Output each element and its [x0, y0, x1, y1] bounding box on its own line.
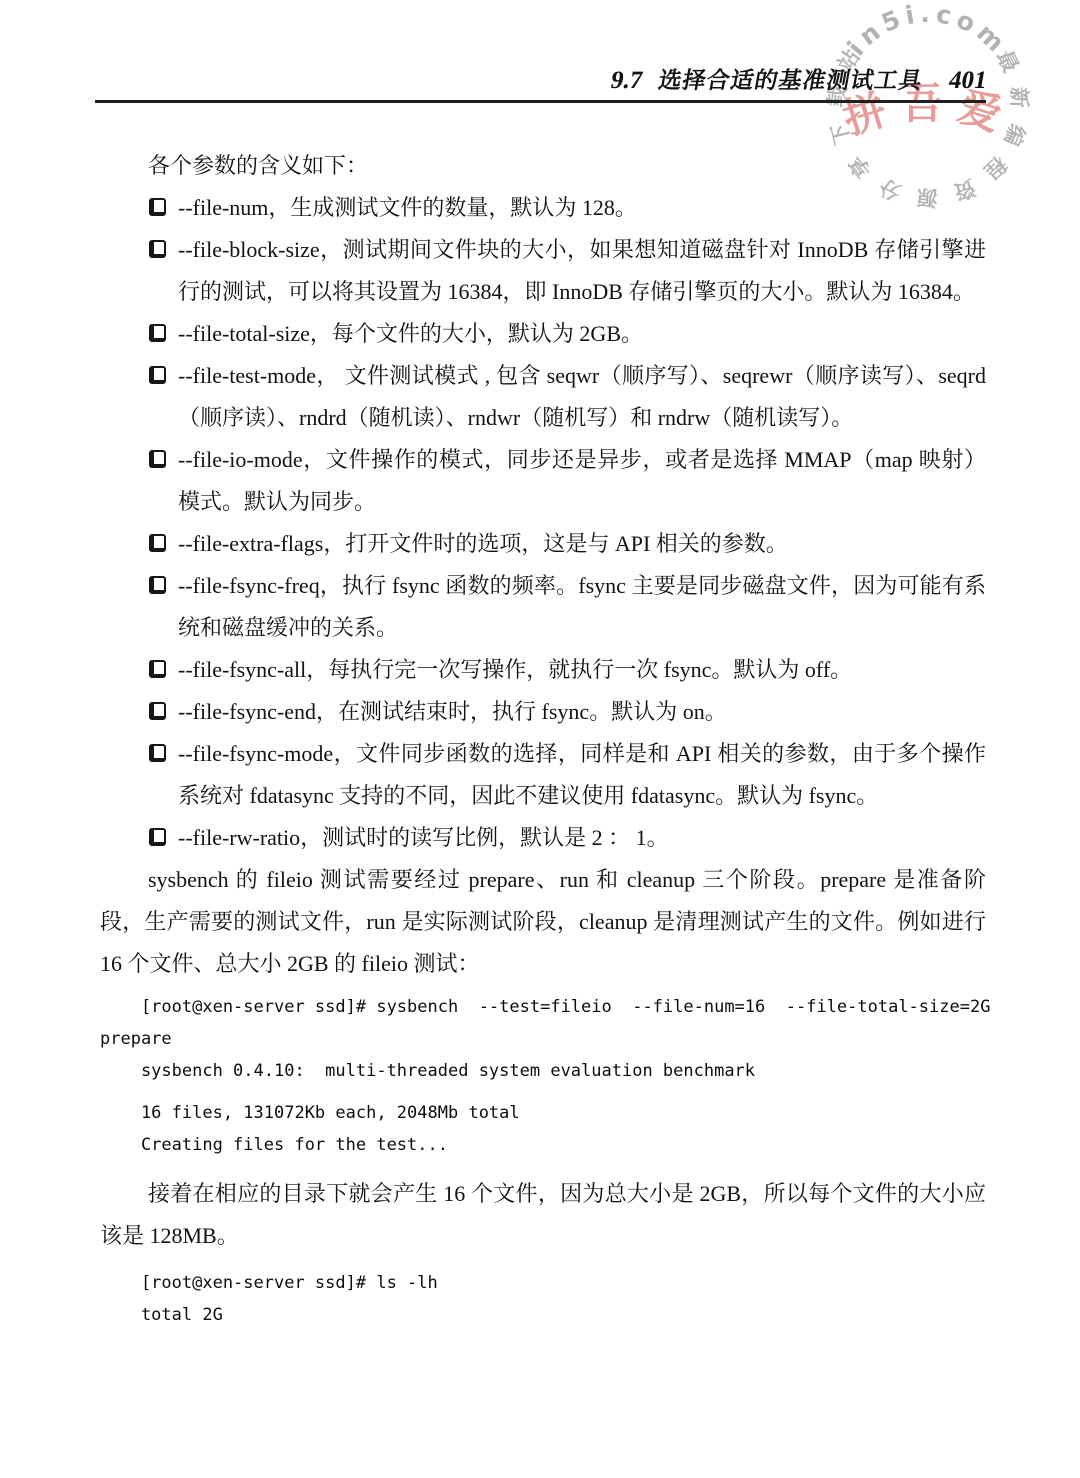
list-item-text: --file-fsync-end，在测试结束时，执行 fsync。默认为 on。 — [178, 699, 727, 724]
page-body: 各个参数的含义如下： --file-num，生成测试文件的数量，默认为 128。… — [100, 145, 986, 1331]
paragraph-sysbench-stages: sysbench 的 fileio 测试需要经过 prepare、run 和 c… — [100, 859, 986, 985]
list-item: --file-fsync-freq，执行 fsync 函数的频率。fsync 主… — [148, 565, 986, 649]
terminal-command-prepare: [root@xen-server ssd]# sysbench --test=f… — [100, 991, 986, 1087]
checkbox-bullet-icon — [149, 828, 166, 846]
list-item-text: --file-fsync-mode，文件同步函数的选择，同样是和 API 相关的… — [178, 741, 986, 808]
book-page: in5i.com 最新编程资源分享下载站 拼吾爱 9.7 选择合适的基准测试工具… — [0, 0, 1080, 1478]
terminal-command-ls: [root@xen-server ssd]# ls -lh total 2G — [100, 1267, 986, 1331]
section-number: 9.7 — [609, 67, 645, 95]
page-number: 401 — [946, 67, 988, 95]
checkbox-bullet-icon — [149, 702, 166, 720]
intro-line: 各个参数的含义如下： — [100, 145, 986, 187]
section-title: 选择合适的基准测试工具 — [656, 62, 926, 95]
terminal-output-prepare: 16 files, 131072Kb each, 2048Mb total Cr… — [100, 1097, 986, 1161]
list-item: --file-fsync-end，在测试结束时，执行 fsync。默认为 on。 — [148, 691, 986, 733]
list-item: --file-fsync-mode，文件同步函数的选择，同样是和 API 相关的… — [148, 733, 986, 817]
checkbox-bullet-icon — [149, 324, 166, 342]
checkbox-bullet-icon — [149, 366, 166, 384]
checkbox-bullet-icon — [149, 660, 166, 678]
list-item-text: --file-total-size，每个文件的大小，默认为 2GB。 — [178, 321, 643, 346]
list-item: --file-num，生成测试文件的数量，默认为 128。 — [148, 187, 986, 229]
checkbox-bullet-icon — [149, 450, 166, 468]
checkbox-bullet-icon — [149, 240, 166, 258]
list-item-text: --file-rw-ratio，测试时的读写比例，默认是 2 ： 1。 — [178, 825, 669, 850]
list-item: --file-extra-flags，打开文件时的选项，这是与 API 相关的参… — [148, 523, 986, 565]
checkbox-bullet-icon — [149, 534, 166, 552]
checkbox-bullet-icon — [149, 744, 166, 762]
list-item-text: --file-test-mode， 文件测试模式 , 包含 seqwr（顺序写）… — [178, 363, 986, 430]
paragraph-file-size: 接着在相应的目录下就会产生 16 个文件，因为总大小是 2GB，所以每个文件的大… — [100, 1173, 986, 1257]
list-item: --file-total-size，每个文件的大小，默认为 2GB。 — [148, 313, 986, 355]
list-item-text: --file-io-mode，文件操作的模式，同步还是异步，或者是选择 MMAP… — [178, 447, 986, 514]
list-item: --file-block-size，测试期间文件块的大小，如果想知道磁盘针对 I… — [148, 229, 986, 313]
list-item: --file-fsync-all，每执行完一次写操作，就执行一次 fsync。默… — [148, 649, 986, 691]
list-item: --file-rw-ratio，测试时的读写比例，默认是 2 ： 1。 — [148, 817, 986, 859]
checkbox-bullet-icon — [149, 576, 166, 594]
list-item-text: --file-fsync-freq，执行 fsync 函数的频率。fsync 主… — [178, 573, 986, 640]
list-item-text: --file-num，生成测试文件的数量，默认为 128。 — [178, 195, 637, 220]
page-header: 9.7 选择合适的基准测试工具 401 — [95, 0, 986, 103]
parameter-list: --file-num，生成测试文件的数量，默认为 128。 --file-blo… — [148, 187, 986, 859]
list-item-text: --file-fsync-all，每执行完一次写操作，就执行一次 fsync。默… — [178, 657, 852, 682]
list-item: --file-test-mode， 文件测试模式 , 包含 seqwr（顺序写）… — [148, 355, 986, 439]
list-item-text: --file-extra-flags，打开文件时的选项，这是与 API 相关的参… — [178, 531, 788, 556]
checkbox-bullet-icon — [149, 198, 166, 216]
list-item-text: --file-block-size，测试期间文件块的大小，如果想知道磁盘针对 I… — [178, 237, 986, 304]
list-item: --file-io-mode，文件操作的模式，同步还是异步，或者是选择 MMAP… — [148, 439, 986, 523]
